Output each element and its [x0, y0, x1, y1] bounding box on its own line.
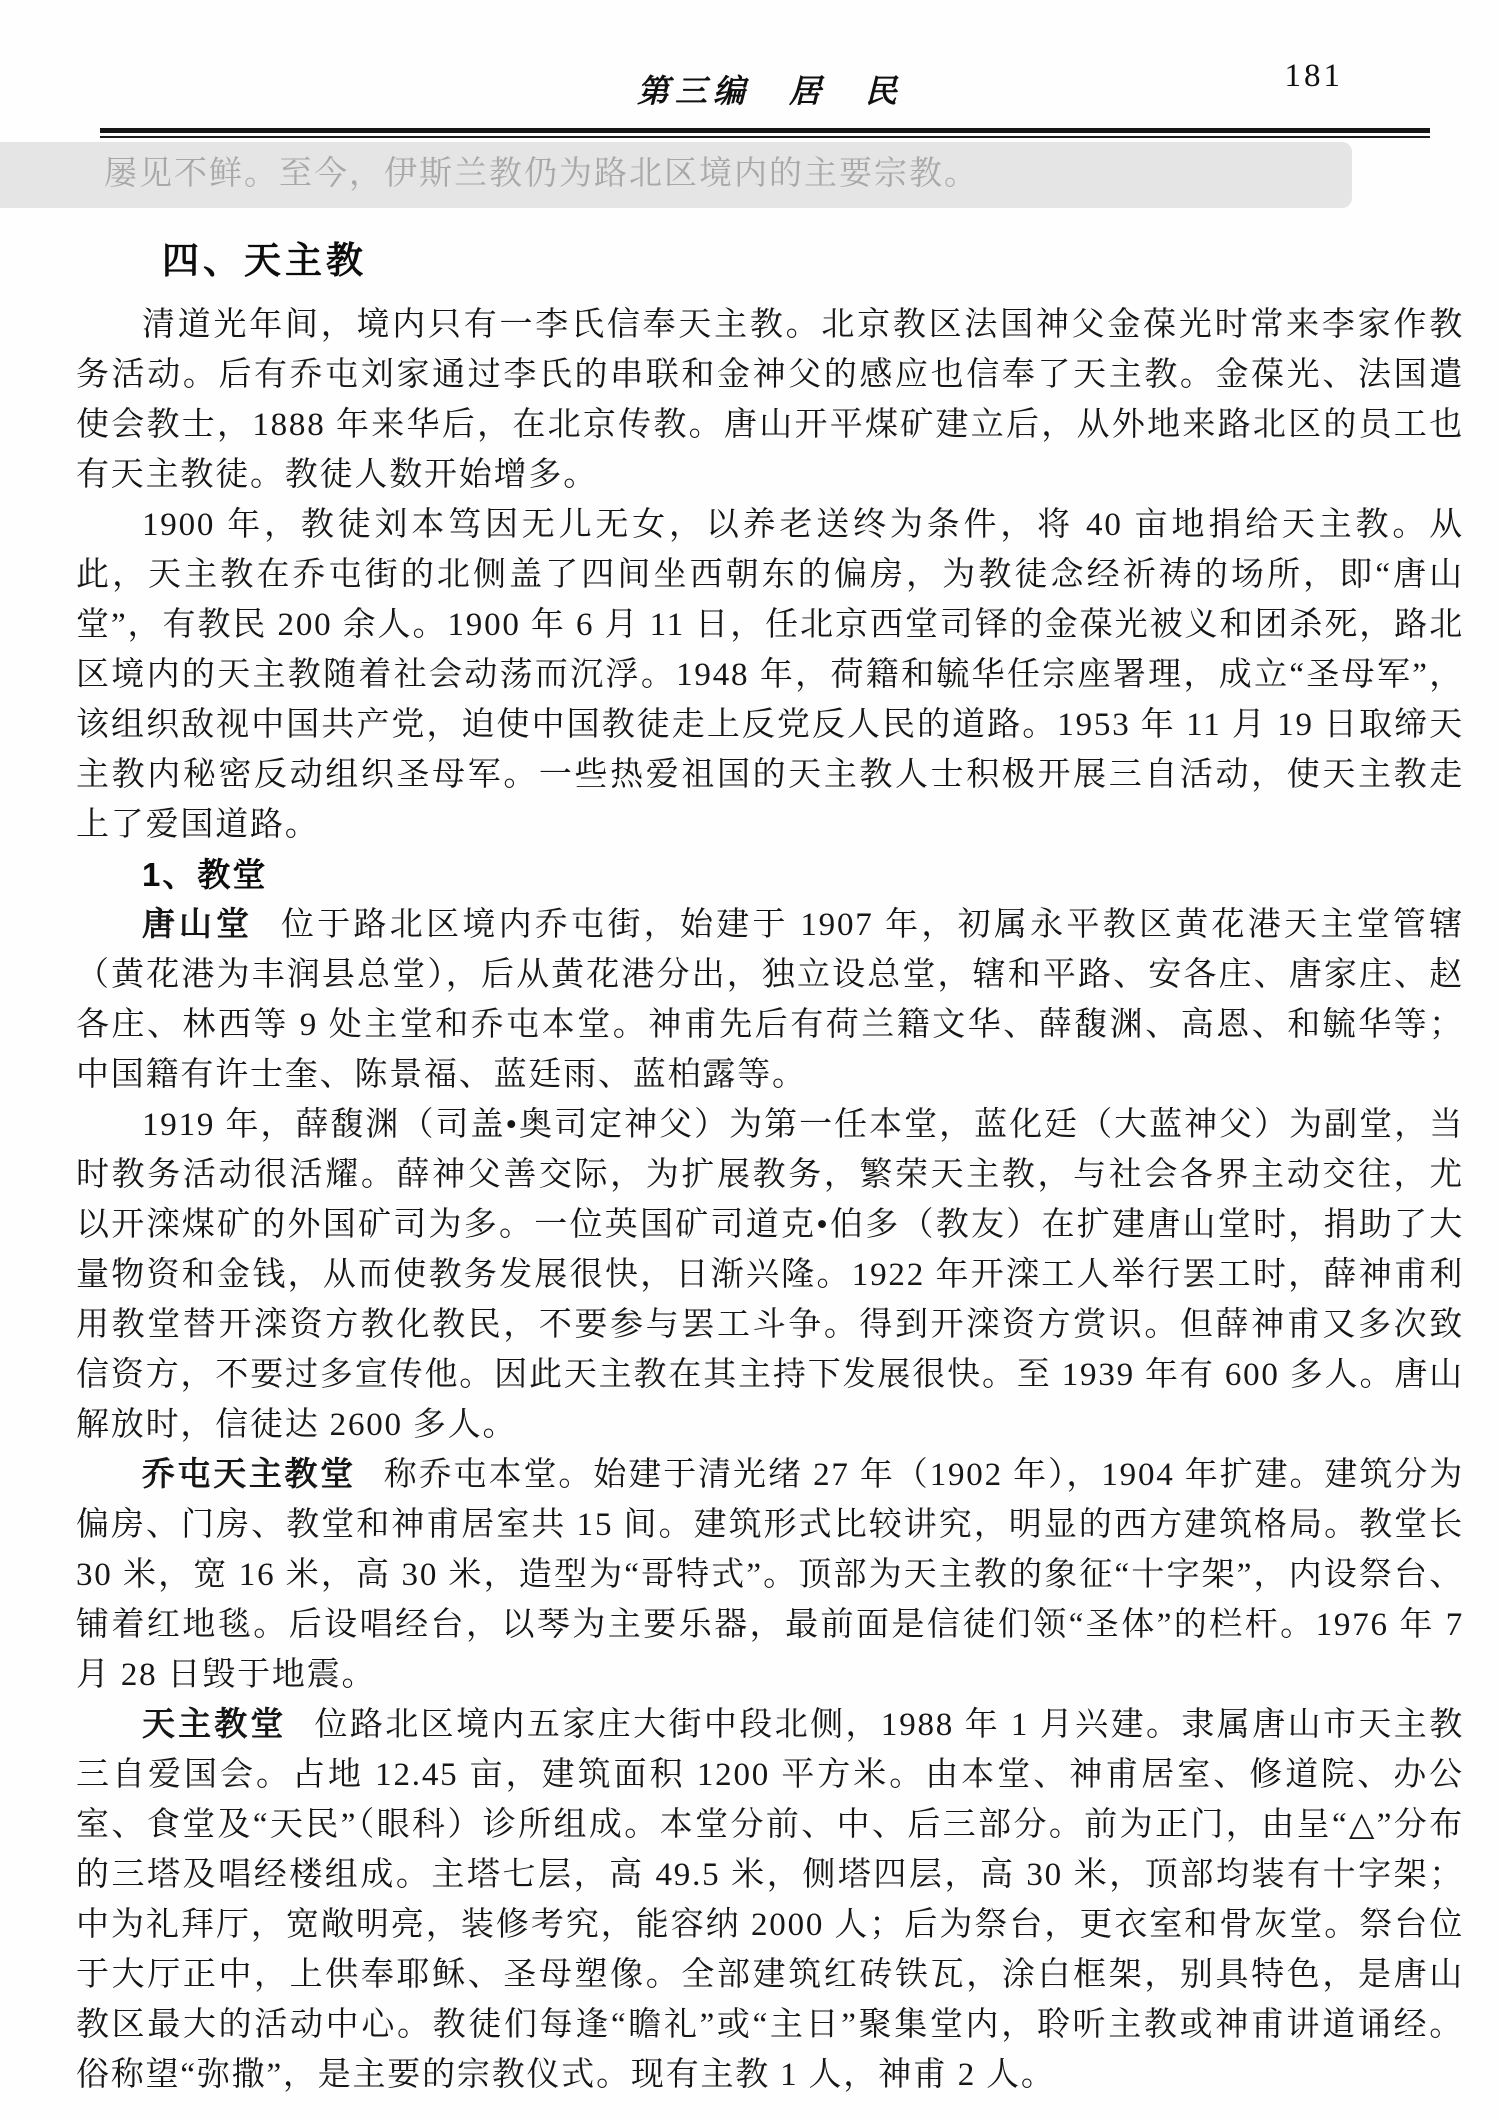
page-header: 第三编 居 民 181	[75, 58, 1465, 114]
paragraph-lead-qiaotun-church: 乔屯天主教堂	[142, 1457, 356, 1493]
paragraph-1919-priests: 1919 年，薛馥渊（司盖•奥司定神父）为第一任本堂，蓝化廷（大蓝神父）为副堂，…	[76, 1100, 1464, 1450]
paragraph-catholic-church-1988: 天主教堂位路北区境内五家庄大街中段北侧，1988 年 1 月兴建。隶属唐山市天主…	[76, 1700, 1464, 2100]
paragraph-qing-daoguang: 清道光年间，境内只有一李氏信奉天主教。北京教区法国神父金葆光时常来李家作教务活动…	[76, 300, 1464, 500]
paragraph-qiaotun-church: 乔屯天主教堂称乔屯本堂。始建于清光绪 27 年（1902 年），1904 年扩建…	[76, 1450, 1464, 1700]
paragraph-1900-donation: 1900 年，教徒刘本笃因无儿无女，以养老送终为条件，将 40 亩地捐给天主教。…	[76, 500, 1464, 850]
paragraph-lead-catholic-church: 天主教堂	[142, 1707, 286, 1743]
page-number: 181	[1285, 58, 1344, 95]
faded-previous-paragraph-text: 屡见不鲜。至今，伊斯兰教仍为路北区境内的主要宗教。	[0, 142, 1352, 206]
paragraph-catholic-church-text: 位路北区境内五家庄大街中段北侧，1988 年 1 月兴建。隶属唐山市天主教三自爱…	[76, 1707, 1464, 2093]
section-heading: 四、天主教	[162, 230, 1464, 284]
running-head-section-title: 第三编 居 民	[75, 66, 1465, 112]
faded-previous-paragraph-band: 屡见不鲜。至今，伊斯兰教仍为路北区境内的主要宗教。	[0, 142, 1352, 208]
header-rule-thick	[100, 128, 1430, 133]
header-divider-rule	[100, 128, 1430, 139]
book-page: 第三编 居 民 181 屡见不鲜。至今，伊斯兰教仍为路北区境内的主要宗教。 四、…	[0, 0, 1500, 2121]
paragraph-lead-tangshan-tang: 唐山堂	[142, 907, 253, 943]
paragraph-tangshan-tang-text: 位于路北区境内乔屯街，始建于 1907 年，初属永平教区黄花港天主堂管辖（黄花港…	[76, 907, 1464, 1093]
paragraph-tangshan-tang: 唐山堂位于路北区境内乔屯街，始建于 1907 年，初属永平教区黄花港天主堂管辖（…	[76, 900, 1464, 1100]
subheading-churches: 1、教堂	[76, 850, 1464, 900]
text-column: 四、天主教 清道光年间，境内只有一李氏信奉天主教。北京教区法国神父金葆光时常来李…	[76, 212, 1464, 2100]
header-rule-thin	[100, 136, 1430, 138]
